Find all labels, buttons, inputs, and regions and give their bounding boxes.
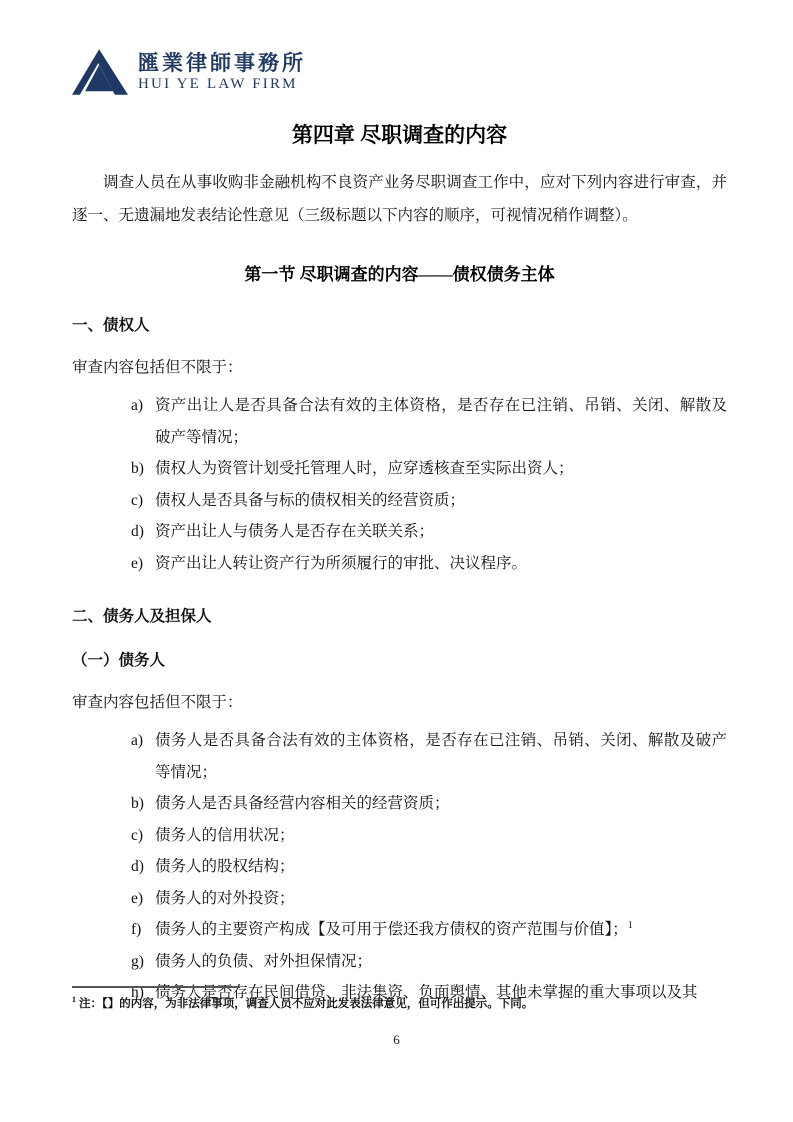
list-marker: g) [131, 946, 144, 978]
list-item-text: 债务人的负债、对外担保情况； [155, 953, 372, 970]
list-item: a) 债务人是否具备合法有效的主体资格，是否存在已注销、吊销、关闭、解散及破产等… [72, 725, 727, 788]
chapter-title: 第四章 尽职调查的内容 [72, 120, 727, 150]
list-item-text: 债务人的主要资产构成【及可用于偿还我方债权的资产范围与价值】； [155, 921, 628, 938]
subheading-debtor: （一）债务人 [72, 649, 727, 673]
list-item: c) 债务人的信用状况； [72, 820, 727, 852]
list-item-text: 债权人是否具备与标的债权相关的经营资质； [155, 492, 465, 509]
list-item: c) 债权人是否具备与标的债权相关的经营资质； [72, 485, 727, 517]
list-marker: e) [131, 883, 143, 915]
intro-paragraph: 调查人员在从事收购非金融机构不良资产业务尽职调查工作中，应对下列内容进行审查，并… [72, 166, 727, 232]
list-item: a) 资产出让人是否具备合法有效的主体资格，是否存在已注销、吊销、关闭、解散及破… [72, 390, 727, 453]
list-item: d) 债务人的股权结构； [72, 851, 727, 883]
list-item-text: 资产出让人转让资产行为所须履行的审批、决议程序。 [155, 555, 527, 572]
list-item: e) 债务人的对外投资； [72, 883, 727, 915]
list-item-text: 债务人是否具备合法有效的主体资格，是否存在已注销、吊销、关闭、解散及破产等情况； [155, 732, 727, 781]
document-page: 匯業律師事務所 HUI YE LAW FIRM 第四章 尽职调查的内容 调查人员… [0, 0, 793, 1122]
list-item-text: 债务人是否具备经营内容相关的经营资质； [155, 795, 450, 812]
list-item-text: 资产出让人是否具备合法有效的主体资格，是否存在已注销、吊销、关闭、解散及破产等情… [155, 397, 727, 446]
list-marker: d) [131, 516, 144, 548]
law-firm-logo: 匯業律師事務所 HUI YE LAW FIRM [72, 46, 727, 98]
list-marker: e) [131, 548, 143, 580]
list-marker: a) [131, 725, 143, 757]
section-title: 第一节 尽职调查的内容——债权债务主体 [72, 262, 727, 288]
list-item-text: 资产出让人与债务人是否存在关联关系； [155, 523, 434, 540]
list-marker: c) [131, 485, 143, 517]
debtor-review-list: a) 债务人是否具备合法有效的主体资格，是否存在已注销、吊销、关闭、解散及破产等… [72, 725, 727, 1009]
heading-debtor-guarantor: 二、债务人及担保人 [72, 605, 727, 629]
list-item: g) 债务人的负债、对外担保情况； [72, 946, 727, 978]
list-marker: c) [131, 820, 143, 852]
list-marker: a) [131, 390, 143, 422]
list-item: d) 资产出让人与债务人是否存在关联关系； [72, 516, 727, 548]
list-item-text: 债务人的股权结构； [155, 858, 295, 875]
page-number: 6 [0, 1032, 793, 1048]
list-item-text: 债务人的对外投资； [155, 890, 295, 907]
list-item-text: 债权人为资管计划受托管理人时，应穿透核查至实际出资人； [155, 460, 574, 477]
list-marker: b) [131, 453, 144, 485]
footnote-separator [72, 986, 240, 988]
footnote-reference: 1 [628, 920, 633, 931]
list-marker: d) [131, 851, 144, 883]
list-item: b) 债权人为资管计划受托管理人时，应穿透核查至实际出资人； [72, 453, 727, 485]
law-firm-name-cn: 匯業律師事務所 [138, 53, 306, 74]
law-firm-name-en: HUI YE LAW FIRM [138, 77, 306, 92]
creditor-review-list: a) 资产出让人是否具备合法有效的主体资格，是否存在已注销、吊销、关闭、解散及破… [72, 390, 727, 579]
list-item: e) 资产出让人转让资产行为所须履行的审批、决议程序。 [72, 548, 727, 580]
list-item-text: 债务人的信用状况； [155, 827, 295, 844]
lead-creditor: 审查内容包括但不限于： [72, 356, 727, 380]
list-item: f) 债务人的主要资产构成【及可用于偿还我方债权的资产范围与价值】；1 [72, 914, 727, 946]
list-item: b) 债务人是否具备经营内容相关的经营资质； [72, 788, 727, 820]
footnote-text: 1注：【】的内容，为非法律事项，调查人员不应对此发表法律意见，但可作出提示。下同… [72, 996, 727, 1012]
footnote-body: 注：【】的内容，为非法律事项，调查人员不应对此发表法律意见，但可作出提示。下同。 [79, 998, 533, 1010]
lead-debtor: 审查内容包括但不限于： [72, 691, 727, 715]
footnote-area: 1注：【】的内容，为非法律事项，调查人员不应对此发表法律意见，但可作出提示。下同… [72, 986, 727, 1012]
list-marker: f) [131, 914, 141, 946]
list-marker: b) [131, 788, 144, 820]
heading-creditor: 一、债权人 [72, 314, 727, 338]
law-firm-triangle-icon [72, 46, 128, 98]
footnote-number: 1 [72, 995, 76, 1004]
